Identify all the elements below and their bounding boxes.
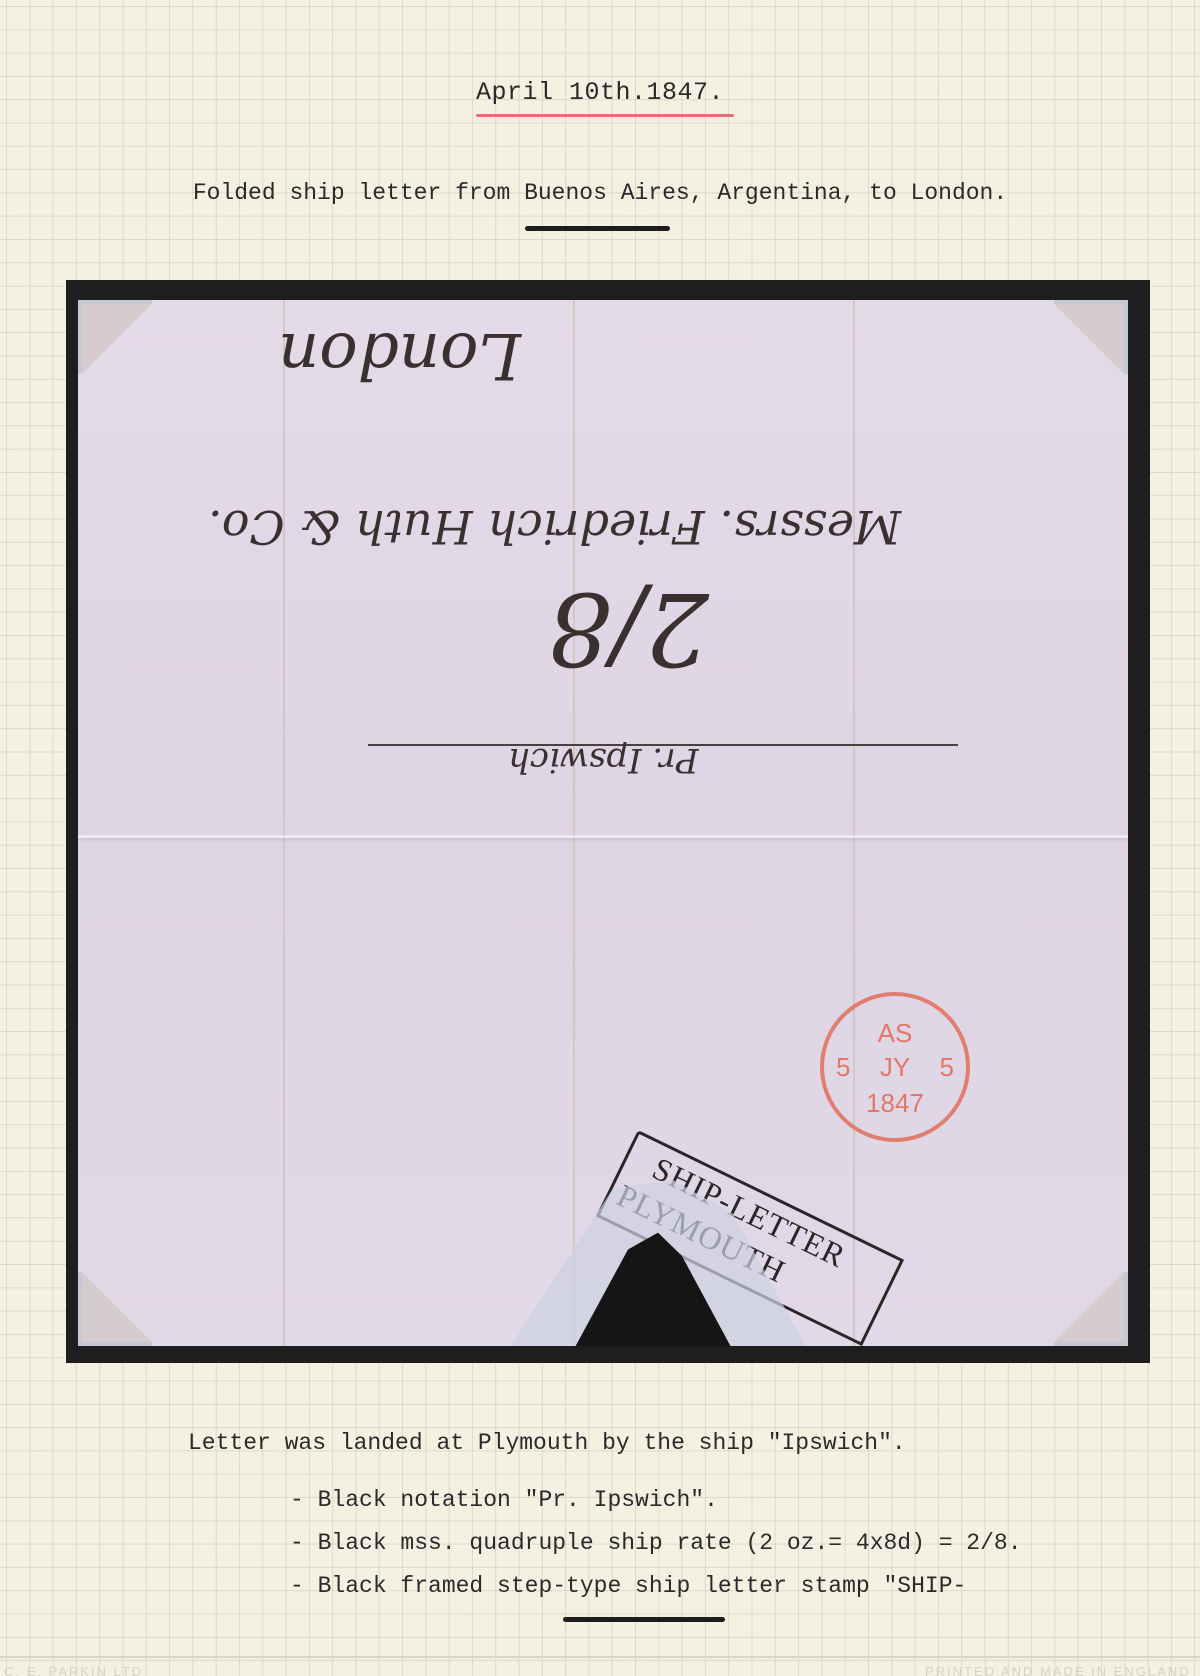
- handwritten-addressee: Messrs. Friedrich Huth & Co.: [208, 500, 901, 554]
- photo-corner-bottom-right: [1054, 1272, 1128, 1346]
- footer-printed: PRINTED AND MADE IN ENGLAND: [925, 1664, 1191, 1676]
- photo-corner-top-left: [78, 300, 152, 374]
- handwritten-destination: London: [278, 318, 521, 392]
- handwritten-routing: Pr. Ipswich: [508, 740, 699, 780]
- note-item: - Black mss. quadruple ship rate (2 oz.=…: [290, 1530, 1022, 1556]
- note-item: - Black framed step-type ship letter sta…: [290, 1573, 966, 1599]
- postmark-day: 5: [940, 1052, 954, 1083]
- page-title-text: April 10th.1847.: [476, 78, 724, 107]
- fold-line: [573, 300, 575, 1346]
- footer-publisher: C. E. PARKIN LTD: [4, 1664, 143, 1676]
- handwritten-rate: 2/8: [548, 570, 709, 687]
- postmark-year: 1847: [824, 1088, 966, 1119]
- fold-line: [78, 835, 1128, 838]
- fold-line: [283, 300, 285, 1346]
- photo-corner-bottom-left: [78, 1272, 152, 1346]
- fold-line: [853, 300, 855, 1346]
- divider-top: [525, 226, 670, 231]
- red-postmark: AS 5 JY 5 1847: [820, 992, 970, 1142]
- note-item: - Black notation "Pr. Ipswich".: [290, 1487, 718, 1513]
- note-intro: Letter was landed at Plymouth by the shi…: [188, 1430, 906, 1456]
- folded-letter-cover: London Messrs. Friedrich Huth & Co. 2/8 …: [78, 300, 1128, 1346]
- page-subtitle: Folded ship letter from Buenos Aires, Ar…: [0, 180, 1200, 206]
- postmark-code: AS: [824, 1018, 966, 1049]
- page-title: April 10th.1847.: [0, 78, 1200, 107]
- divider-bottom: [563, 1617, 725, 1622]
- photo-corner-top-right: [1054, 300, 1128, 374]
- title-underline: [476, 114, 734, 117]
- page-bottom-rule: [0, 1656, 1200, 1658]
